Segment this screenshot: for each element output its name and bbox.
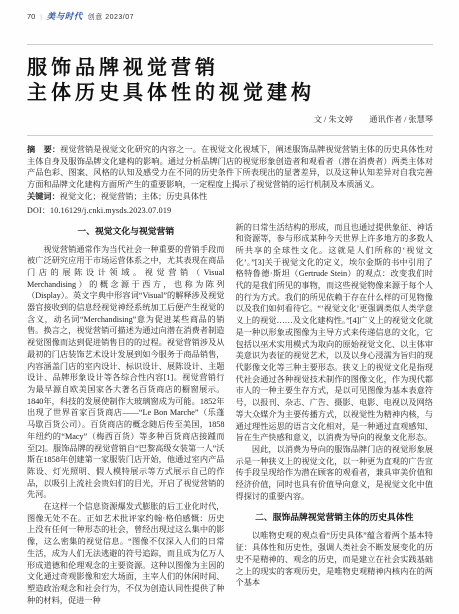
header-separator: |	[40, 13, 41, 21]
body-paragraph: 视觉营销通常作为当代社会一种重要的营销手段而被广泛研究应用于市场运营体系之中，尤…	[27, 244, 225, 501]
section-2-heading: 二、服饰品牌视觉营销主体的历史具体性	[236, 511, 434, 523]
body-paragraph: 以唯物史观的观点看“历史具体”蕴含着两个基本特征：具体性和历史性，强调人类社会不…	[236, 530, 434, 589]
article-title: 服饰品牌视觉营销 主体历史具体性的视觉建构	[27, 56, 433, 106]
body-paragraph-continued: 新的日常生活结构的形成，而且也通过提供象征、神话和资源等，参与形成某种今天世界上…	[236, 222, 434, 444]
keywords-text: 视觉文化；视觉营销；主体；历史具体性	[60, 192, 207, 201]
abstract-text: 视觉营销是视觉文化研究的内容之一。在视觉文化视域下，阐述服饰品牌视觉营销主体的历…	[27, 145, 433, 189]
section-1-heading: 一、视觉文化与视觉营销	[27, 225, 225, 237]
doi-line: DOI：10.16129/j.cnki.mysds.2023.07.019	[27, 205, 433, 217]
page-number: 70	[27, 12, 35, 21]
body-paragraph: 因此，以消费为导向的服饰品牌门店的视觉形象展示是一种狭义上的视觉文化，以一种更为…	[236, 444, 434, 503]
abstract-block: 摘 要：视觉营销是视觉文化研究的内容之一。在视觉文化视域下，阐述服饰品牌视觉营销…	[27, 144, 433, 217]
title-line-1: 服饰品牌视觉营销	[27, 56, 433, 81]
right-column: 新的日常生活结构的形成，而且也通过提供象征、神话和资源等，参与形成某种今天世界上…	[236, 222, 434, 607]
left-column: 一、视觉文化与视觉营销 视觉营销通常作为当代社会一种重要的营销手段而被广泛研究应…	[27, 222, 225, 607]
page-header: 70 | 美与时代 创意 2023/07	[27, 10, 433, 21]
abstract-paragraph: 摘 要：视觉营销是视觉文化研究的内容之一。在视觉文化视域下，阐述服饰品牌视觉营销…	[27, 144, 433, 190]
title-line-2: 主体历史具体性的视觉建构	[27, 81, 433, 106]
abstract-label: 摘 要：	[27, 145, 60, 154]
abstract-rule	[27, 135, 433, 136]
header-rule	[27, 44, 433, 45]
journal-page: 70 | 美与时代 创意 2023/07 服饰品牌视觉营销 主体历史具体性的视觉…	[0, 0, 459, 614]
article-body: 一、视觉文化与视觉营销 视觉营销通常作为当代社会一种重要的营销手段而被广泛研究应…	[27, 222, 433, 607]
keywords-label: 关键词：	[27, 192, 60, 201]
keywords-line: 关键词：视觉文化；视觉营销；主体；历史具体性	[27, 191, 433, 203]
journal-logo: 美与时代	[47, 10, 83, 22]
journal-issue: 创意 2023/07	[88, 12, 134, 22]
byline: 文 / 朱文婷 通讯作者 / 张慧琴	[27, 114, 433, 125]
body-paragraph: 在这样一个信息资源爆发式膨胀的后工业化时代，图像无处不在。正如艺术批评家约翰·格…	[27, 501, 225, 606]
